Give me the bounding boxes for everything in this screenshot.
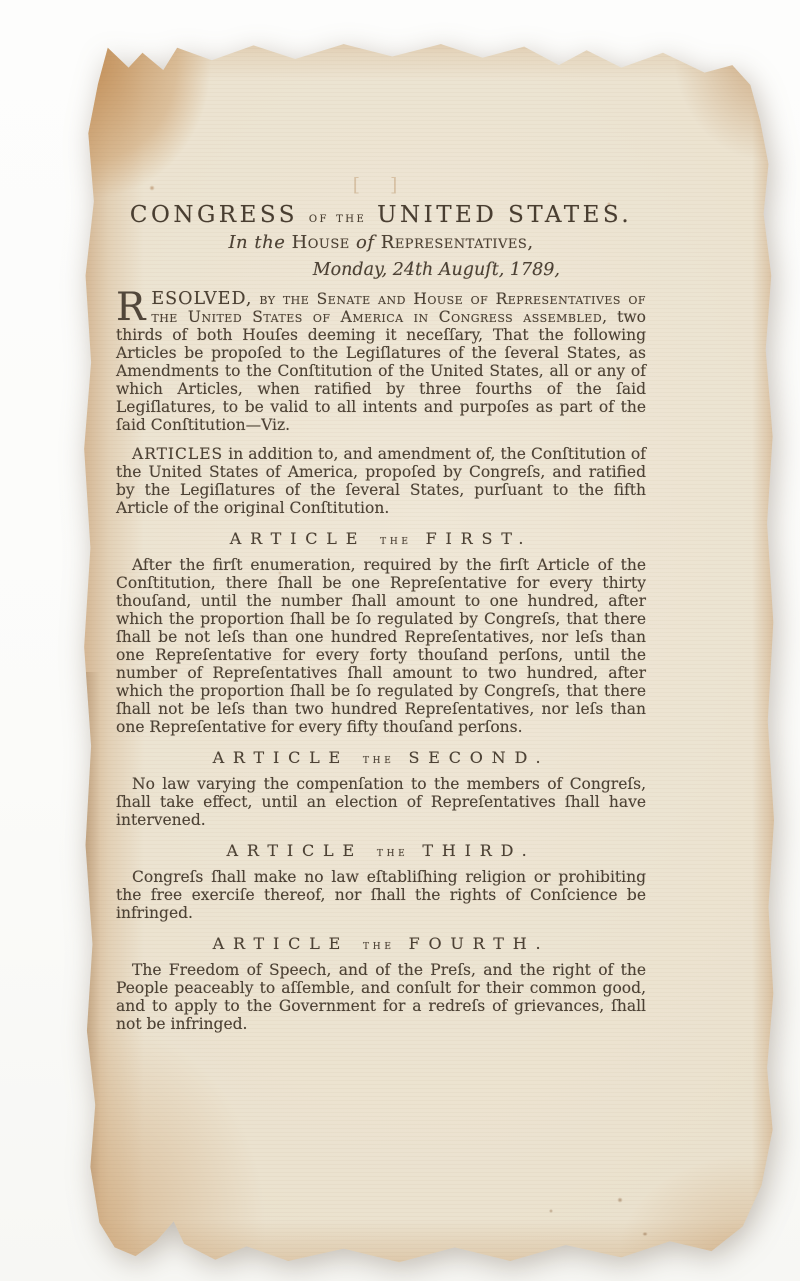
dateline: Monday, 24th Auguſt, 1789, <box>116 261 646 279</box>
document-title: CONGRESS of the UNITED STATES. <box>116 206 646 227</box>
article-first-text: After the firſt enumeration, required by… <box>116 556 646 736</box>
heading-number: THIRD. <box>422 841 535 860</box>
subtitle-in-the: In the <box>228 232 285 253</box>
articles-intro-lead: ARTICLES <box>132 445 223 463</box>
article-second-text: No law varying the compenſation to the m… <box>116 775 646 829</box>
article-heading-first: ARTICLE the FIRST. <box>116 530 646 549</box>
photo-background: [ ] CONGRESS of the UNITED STATES. In th… <box>0 0 800 1281</box>
heading-word: ARTICLE <box>226 841 362 860</box>
heading-number: FIRST. <box>426 529 533 548</box>
article-fourth-text: The Freedom of Speech, and of the Preſs,… <box>116 961 646 1033</box>
subtitle-house: House <box>292 232 350 253</box>
heading-number: FOURTH. <box>409 934 550 953</box>
heading-the: the <box>377 844 409 859</box>
title-congress: CONGRESS <box>130 202 298 228</box>
broadside-document: [ ] CONGRESS of the UNITED STATES. In th… <box>80 28 774 1266</box>
heading-word: ARTICLE <box>213 748 349 767</box>
dropcap-r: R <box>116 290 151 323</box>
subtitle-of: of <box>356 232 375 253</box>
showthrough-mark: [ ] <box>116 176 646 198</box>
article-heading-fourth: ARTICLE the FOURTH. <box>116 935 646 954</box>
article-third-text: Congreſs ſhall make no law eſtabliſhing … <box>116 868 646 922</box>
heading-word: ARTICLE <box>213 934 349 953</box>
title-of-the: of the <box>309 210 366 226</box>
heading-word: ARTICLE <box>230 529 366 548</box>
resolved-lead: ESOLVED, <box>151 289 252 309</box>
title-united-states: UNITED STATES. <box>377 202 632 228</box>
document-subtitle: In the House of Representatives, <box>116 234 646 252</box>
articles-intro: ARTICLES in addition to, and amendment o… <box>116 445 646 517</box>
article-heading-third: ARTICLE the THIRD. <box>116 842 646 861</box>
heading-the: the <box>363 937 395 952</box>
printed-text-block: [ ] CONGRESS of the UNITED STATES. In th… <box>116 28 646 1033</box>
heading-the: the <box>363 751 395 766</box>
article-heading-second: ARTICLE the SECOND. <box>116 749 646 768</box>
heading-number: SECOND. <box>408 748 549 767</box>
subtitle-representatives: Representatives, <box>381 232 534 253</box>
paper-sheet: [ ] CONGRESS of the UNITED STATES. In th… <box>80 28 774 1266</box>
resolved-body: two thirds of both Houſes deeming it nec… <box>116 308 646 434</box>
resolved-clause: RESOLVED, by the Senate and House of Rep… <box>116 290 646 434</box>
heading-the: the <box>380 532 412 547</box>
